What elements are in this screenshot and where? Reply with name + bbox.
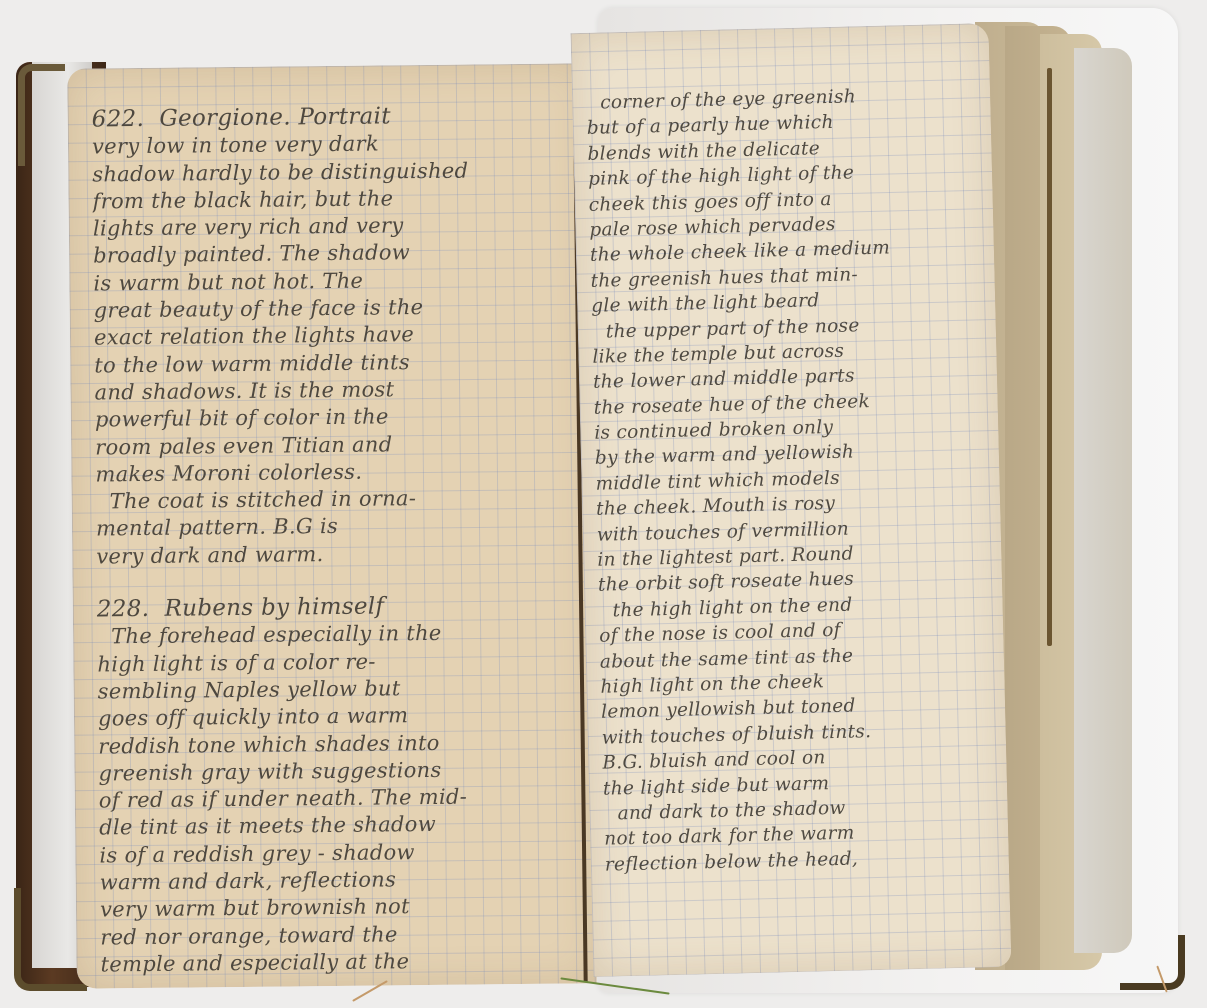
entry-title: Georgione. Portrait xyxy=(159,103,391,131)
notebook-page-left: 622. Georgione. Portrait very low in ton… xyxy=(67,63,597,988)
handwritten-text-left: 622. Georgione. Portrait very low in ton… xyxy=(92,101,581,978)
text-line: temple and especially at the xyxy=(100,946,580,978)
notebook-page-right: corner of the eye greenish but of a pear… xyxy=(571,23,1012,977)
page-edge-ink-mark xyxy=(1047,68,1052,646)
entry-title: Rubens by himself xyxy=(164,594,384,622)
cover-corner-top-left xyxy=(18,64,65,166)
cover-corner-bottom-right xyxy=(1120,935,1185,990)
handwritten-text-right: corner of the eye greenish but of a pear… xyxy=(586,81,997,877)
entry-number: 622. xyxy=(92,106,145,133)
page-edge xyxy=(1074,48,1132,953)
photo-scene: 622. Georgione. Portrait very low in ton… xyxy=(0,0,1207,1008)
entry-number: 228. xyxy=(97,596,150,623)
